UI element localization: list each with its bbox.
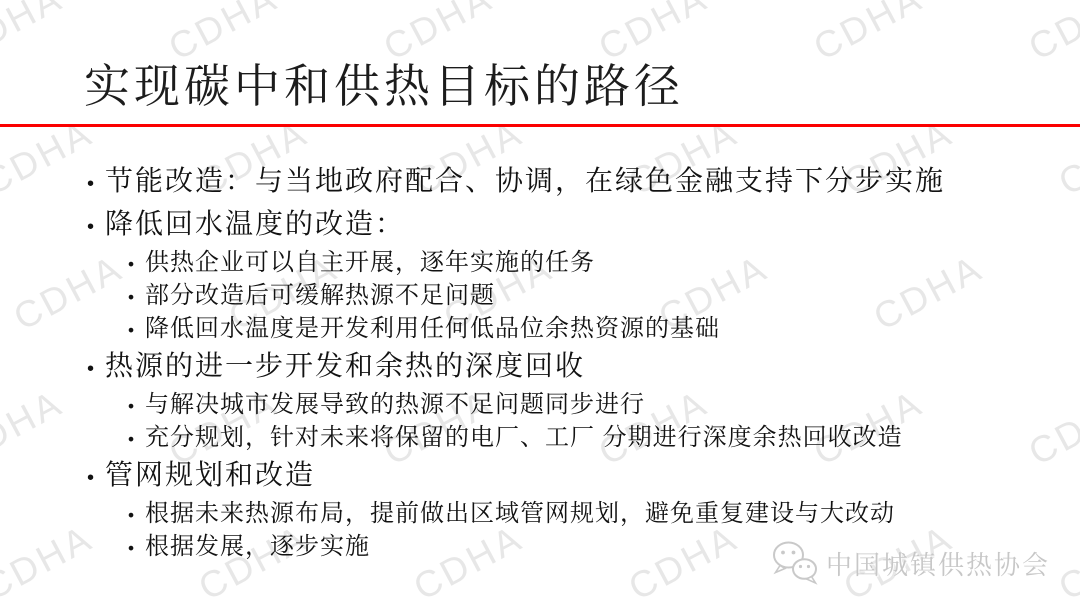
bullet-text: 根据未来热源布局，提前做出区域管网规划，避免重复建设与大改动 [145, 498, 895, 530]
bullet-text: 降低回水温度是开发利用任何低品位余热资源的基础 [145, 313, 720, 345]
bullet-item-level1: •热源的进一步开发和余热的深度回收 [78, 346, 1073, 389]
bullet-item-level2: •部分改造后可缓解热源不足问题 [78, 280, 1073, 313]
slide-title: 实现碳中和供热目标的路径 [84, 50, 684, 116]
bullet-marker: • [78, 164, 105, 204]
bullet-marker: • [78, 281, 145, 313]
bullet-item-level2: •供热企业可以自主开展，逐年实施的任务 [78, 247, 1073, 280]
bullet-marker: • [78, 423, 145, 455]
bullet-marker: • [78, 499, 145, 531]
bullet-item-level2: •根据未来热源布局，提前做出区域管网规划，避免重复建设与大改动 [78, 498, 1073, 531]
bullet-marker: • [78, 314, 145, 346]
bullet-text: 根据发展，逐步实施 [145, 531, 370, 563]
bullet-marker: • [78, 248, 145, 280]
wechat-icon [771, 540, 819, 586]
cdha-watermark: CDHA [1022, 0, 1080, 69]
bullet-marker: • [78, 458, 105, 498]
bullet-item-level1: •管网规划和改造 [78, 455, 1073, 498]
footer: 中国城镇供热协会 [771, 540, 1050, 586]
bullet-text: 部分改造后可缓解热源不足问题 [145, 280, 495, 312]
bullet-text: 管网规划和改造 [105, 455, 315, 495]
bullet-marker: • [78, 532, 145, 564]
cdha-watermark: CDHA [0, 382, 70, 474]
bullet-item-level1: •节能改造：与当地政府配合、协调，在绿色金融支持下分步实施 [78, 161, 1073, 204]
bullet-item-level1: •降低回水温度的改造： [78, 204, 1073, 247]
bullet-text: 与解决城市发展导致的热源不足问题同步进行 [145, 389, 645, 421]
title-divider-line [0, 124, 1080, 127]
bullet-marker: • [78, 207, 105, 247]
cdha-watermark: CDHA [807, 0, 930, 69]
bullet-marker: • [78, 349, 105, 389]
bullet-item-level2: •与解决城市发展导致的热源不足问题同步进行 [78, 389, 1073, 422]
bullet-text: 降低回水温度的改造： [105, 204, 405, 244]
bullet-text: 节能改造：与当地政府配合、协调，在绿色金融支持下分步实施 [105, 161, 945, 201]
bullet-text: 热源的进一步开发和余热的深度回收 [105, 346, 585, 386]
footer-org-name: 中国城镇供热协会 [826, 545, 1050, 582]
cdha-watermark: CDHA [0, 0, 70, 69]
bullet-text: 充分规划，针对未来将保留的电厂、工厂 分期进行深度余热回收改造 [145, 422, 903, 454]
bullet-item-level2: •降低回水温度是开发利用任何低品位余热资源的基础 [78, 313, 1073, 346]
bullet-text: 供热企业可以自主开展，逐年实施的任务 [145, 247, 595, 279]
bullet-marker: • [78, 390, 145, 422]
bullet-list: •节能改造：与当地政府配合、协调，在绿色金融支持下分步实施•降低回水温度的改造：… [78, 161, 1073, 564]
bullet-item-level2: •充分规划，针对未来将保留的电厂、工厂 分期进行深度余热回收改造 [78, 422, 1073, 455]
